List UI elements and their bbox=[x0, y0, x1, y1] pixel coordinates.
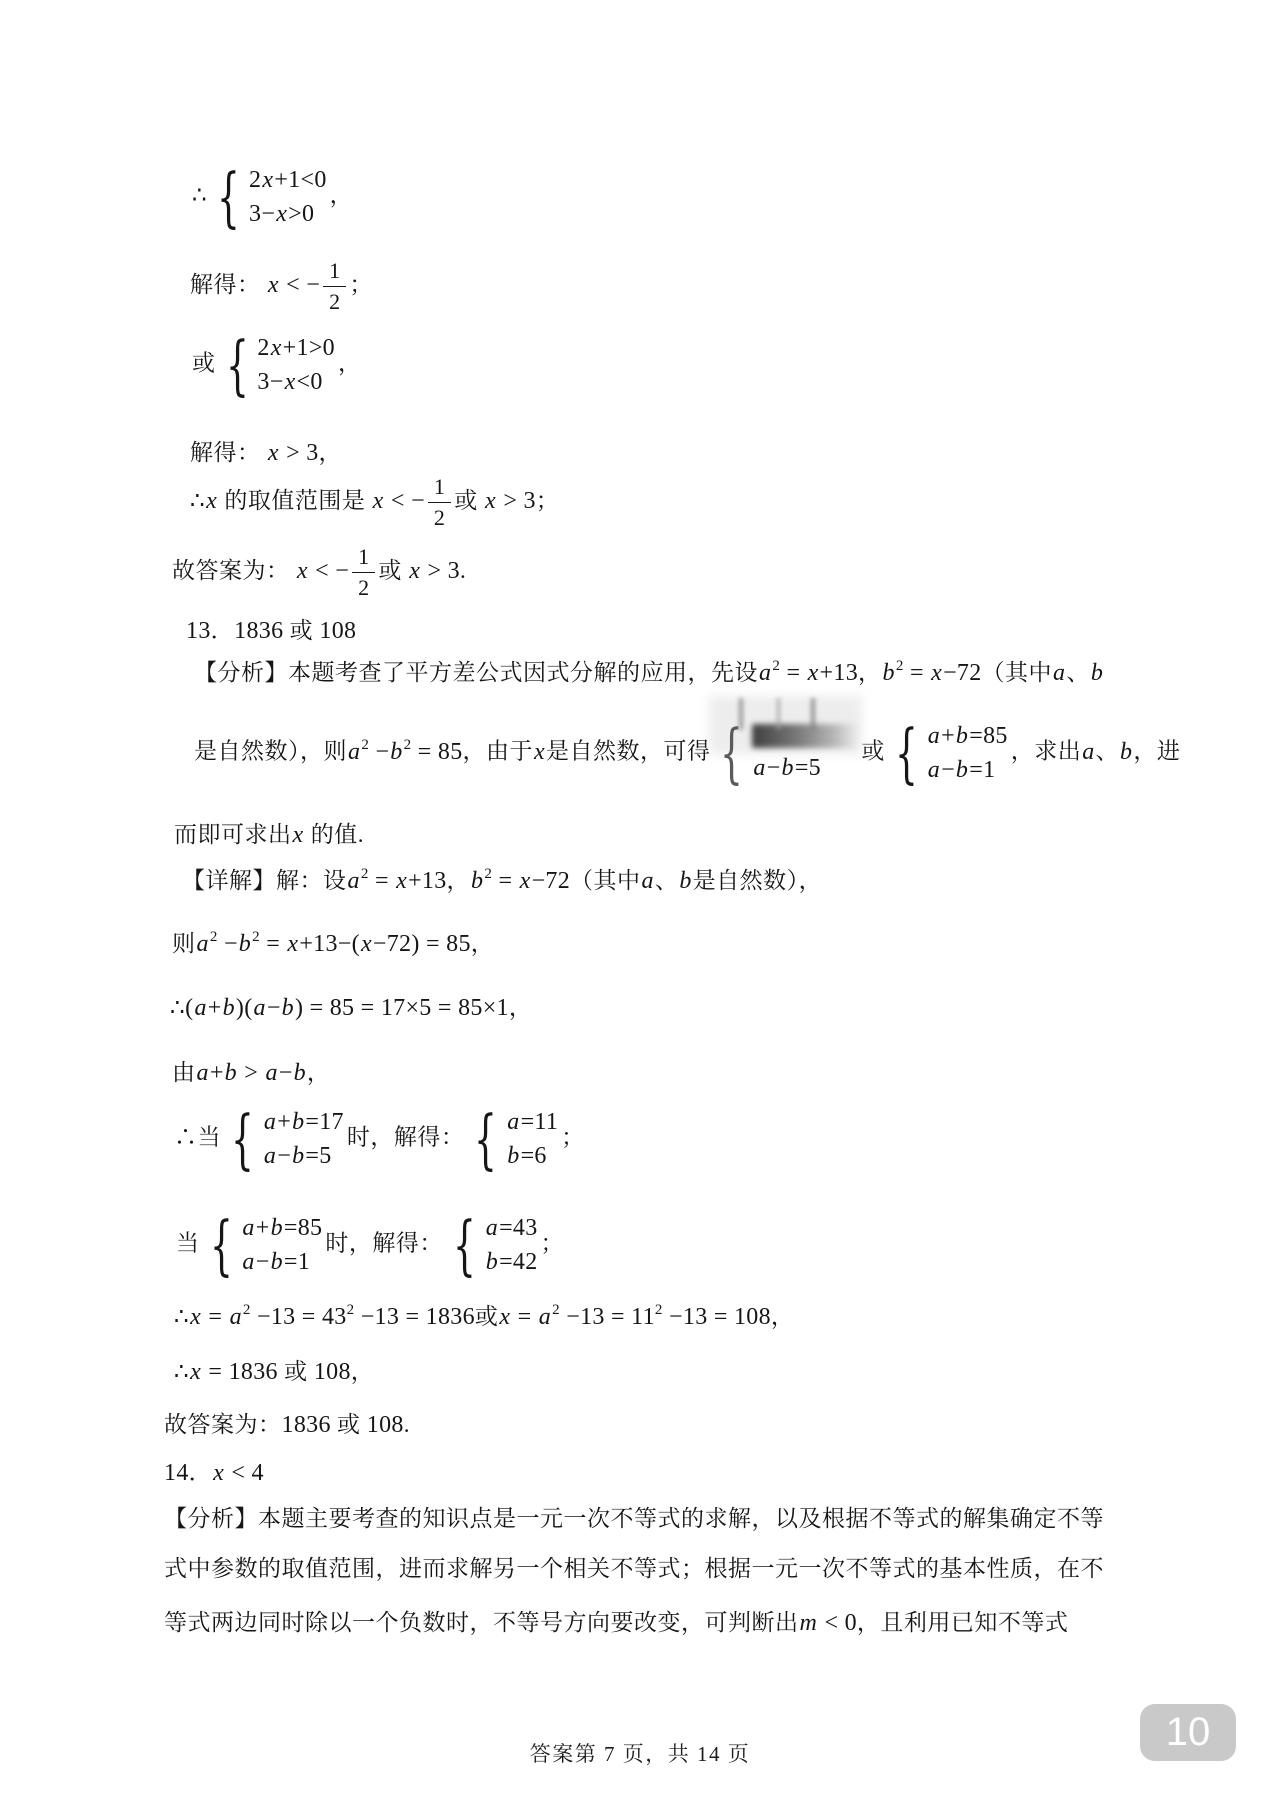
cases-brace-icon: { bbox=[217, 165, 240, 230]
math-variable: x bbox=[189, 1304, 202, 1330]
text-run: ，进 bbox=[1133, 739, 1180, 764]
math-variable: a bbox=[538, 1304, 552, 1330]
superscript: 2 bbox=[655, 1302, 663, 1318]
math-variable: x bbox=[360, 931, 373, 957]
math-variable: a bbox=[752, 755, 766, 781]
math-variable: x bbox=[372, 488, 385, 514]
line-q13-analysis-1: 【分析】本题考查了平方差公式因式分解的应用，先设a2 = x+13，b2 = x… bbox=[194, 658, 1104, 691]
math-variable: a bbox=[347, 739, 361, 765]
math-variable: b bbox=[270, 1249, 284, 1275]
text-run: 式中参数的取值范围，进而求解另一个相关不等式；根据一元一次不等式的基本性质，在不 bbox=[164, 1556, 1104, 1581]
text-run: 时，解得： bbox=[325, 1231, 443, 1256]
line-q13-detail-2: 则a2 −b2 = x+13−(x−72) = 85， bbox=[172, 929, 494, 962]
equation-row: 3−x<0 bbox=[257, 368, 335, 396]
text-run: 或 bbox=[192, 351, 216, 376]
math-variable: x bbox=[275, 201, 288, 227]
math-run: x > 3 bbox=[261, 440, 319, 466]
line-range-conclusion: ∴x 的取值范围是 x < −12或 x > 3； bbox=[190, 478, 559, 531]
math-variable: x bbox=[484, 488, 497, 514]
cases-rows: a=11b=6 bbox=[506, 1108, 558, 1170]
text-run: 、 bbox=[1066, 660, 1090, 685]
math-run: x < 4 bbox=[212, 1460, 264, 1486]
fraction-denominator: 2 bbox=[323, 286, 346, 313]
math-variable: m bbox=[799, 1610, 819, 1636]
text-run: ∴ bbox=[174, 1359, 189, 1384]
cases-brace-icon: { bbox=[226, 333, 249, 398]
line-q13-final-answer: 故答案为：1836 或 108. bbox=[164, 1410, 410, 1443]
math-run: m < 0 bbox=[799, 1610, 857, 1636]
fraction-numerator: 1 bbox=[428, 476, 451, 502]
text-run: ，且利用已知不等式 bbox=[857, 1610, 1069, 1635]
text-run: . bbox=[404, 1412, 410, 1437]
text-run: ∴ bbox=[192, 183, 207, 208]
fraction: 12 bbox=[323, 260, 346, 313]
cases-rows: 2x+1<03−x>0 bbox=[249, 166, 327, 228]
math-variable: b bbox=[955, 723, 969, 749]
math-run: 13 bbox=[186, 618, 211, 644]
math-variable: b bbox=[293, 1060, 307, 1086]
math-run: x > 3 bbox=[478, 488, 536, 514]
math-variable: b bbox=[238, 931, 252, 957]
math-run: x = 1836 bbox=[189, 1359, 278, 1385]
line-solve-1: 解得： x < −12； bbox=[190, 262, 373, 315]
text-run: 当 bbox=[176, 1231, 200, 1256]
math-variable: b bbox=[678, 868, 692, 894]
math-variable: x bbox=[408, 558, 421, 584]
math-variable: b bbox=[291, 1109, 305, 1135]
text-run: 的值. bbox=[304, 822, 364, 847]
fraction: 12 bbox=[352, 546, 375, 599]
math-run: 1836 bbox=[234, 618, 283, 644]
math-variable: a bbox=[485, 1215, 499, 1241]
math-variable: b bbox=[270, 1215, 284, 1241]
text-run: ； bbox=[541, 1231, 565, 1256]
cases-rows: a+b=17a−b=5 bbox=[263, 1108, 344, 1170]
math-variable: a bbox=[241, 1215, 255, 1241]
math-variable: a bbox=[1052, 660, 1066, 686]
line-q13-analysis-2: 是自然数），则a2 −b2 = 85，由于x是自然数，可得{a−b=5或{a+b… bbox=[194, 724, 1180, 786]
cases-rows: 2x+1>03−x<0 bbox=[257, 334, 335, 396]
superscript: 2 bbox=[772, 658, 780, 674]
line-q13-detail-1: 【详解】解：设a2 = x+13，b2 = x−72（其中a、b是自然数）， bbox=[182, 866, 822, 899]
math-variable: b bbox=[291, 1143, 305, 1169]
equation-row: 2x+1<0 bbox=[249, 166, 327, 194]
text-run: . bbox=[460, 558, 466, 583]
text-run: 解得： bbox=[190, 272, 261, 297]
text-run: ， bbox=[351, 1359, 375, 1384]
math-variable: b bbox=[1090, 660, 1104, 686]
text-run: 是自然数）， bbox=[693, 868, 823, 893]
math-variable: x bbox=[286, 931, 299, 957]
document-page: 答案第 7 页，共 14 页 10 ∴{2x+1<03−x>0，解得： x < … bbox=[0, 0, 1280, 1810]
cases-brace-icon: { bbox=[210, 1213, 233, 1278]
math-variable: x bbox=[284, 369, 297, 395]
text-run: 故答案为： bbox=[172, 558, 290, 583]
math-variable: a bbox=[347, 868, 361, 894]
math-variable: a bbox=[641, 868, 655, 894]
line-q14-analysis-3: 等式两边同时除以一个负数时，不等号方向要改变，可判断出m < 0，且利用已知不等… bbox=[164, 1608, 1068, 1641]
text-run: ， bbox=[319, 440, 343, 465]
fraction-numerator: 1 bbox=[323, 260, 346, 286]
math-variable: a bbox=[229, 1304, 243, 1330]
math-run: 14 bbox=[164, 1460, 189, 1486]
math-variable: b bbox=[222, 995, 236, 1021]
line-q14-answer: 14．x < 4 bbox=[164, 1458, 264, 1491]
equation-system: {a+b=85a−b=1 bbox=[888, 722, 1008, 784]
equation-row: a−b=5 bbox=[263, 1142, 344, 1170]
equation-system: {a=43b=42 bbox=[446, 1214, 538, 1276]
math-variable: a bbox=[241, 1249, 255, 1275]
math-run: a bbox=[641, 868, 655, 894]
text-run: ； bbox=[561, 1125, 585, 1150]
cases-brace-icon: { bbox=[474, 1107, 497, 1172]
math-variable: x bbox=[270, 335, 283, 361]
math-run: b bbox=[678, 868, 692, 894]
equation-row: a=11 bbox=[506, 1108, 558, 1136]
text-run: 或 bbox=[475, 1304, 499, 1329]
fraction: 12 bbox=[428, 476, 451, 529]
text-run: 或 bbox=[331, 1412, 367, 1437]
text-run: 等式两边同时除以一个负数时，不等号方向要改变，可判断出 bbox=[164, 1610, 799, 1635]
superscript: 2 bbox=[252, 929, 260, 945]
superscript: 2 bbox=[243, 1302, 251, 1318]
line-q13-answer: 13．1836 或 108 bbox=[186, 616, 356, 649]
math-variable: x bbox=[296, 558, 309, 584]
line-q13-case-1: ∴当{a+b=17a−b=5时，解得：{a=11b=6； bbox=[174, 1110, 585, 1172]
math-variable: b bbox=[1119, 739, 1133, 765]
text-run: 由 bbox=[172, 1060, 196, 1085]
math-variable: b bbox=[224, 1060, 238, 1086]
line-q13-detail-4: 由a+b > a−b， bbox=[172, 1058, 330, 1091]
math-run: b bbox=[1090, 660, 1104, 686]
math-variable: a bbox=[196, 1060, 210, 1086]
cases-rows: a−b=5 bbox=[752, 724, 858, 782]
equation-system: {a=11b=6 bbox=[467, 1108, 558, 1170]
line-therefore-system-1: ∴{2x+1<03−x>0， bbox=[192, 168, 353, 230]
fraction-numerator: 1 bbox=[352, 546, 375, 572]
superscript: 2 bbox=[210, 929, 218, 945]
text-run: 或 bbox=[278, 1359, 314, 1384]
math-variable: x bbox=[267, 272, 280, 298]
math-run: x < − bbox=[290, 558, 350, 584]
text-run: ； bbox=[349, 272, 373, 297]
text-run: 或 bbox=[378, 558, 402, 583]
math-variable: a bbox=[263, 1143, 277, 1169]
math-variable: b bbox=[506, 1143, 520, 1169]
text-run: ∴ bbox=[174, 1304, 189, 1329]
text-run: （其中 bbox=[570, 868, 641, 893]
text-run: ， bbox=[771, 1304, 795, 1329]
text-run: 【分析】本题主要考查的知识点是一元一次不等式的求解，以及根据不等式的解集确定不等 bbox=[164, 1506, 1104, 1531]
math-run: a2 −b2 = x+13−(x−72) = 85 bbox=[196, 931, 471, 957]
equation-row: a+b=85 bbox=[241, 1214, 322, 1242]
text-run: 【详解】解：设 bbox=[182, 868, 347, 893]
math-run: 1836 bbox=[282, 1412, 331, 1438]
math-run: x > 3 bbox=[402, 558, 460, 584]
text-run: 、 bbox=[1096, 739, 1120, 764]
math-variable: x bbox=[807, 660, 820, 686]
math-run: a2 = x+13 bbox=[758, 660, 858, 686]
equation-row: b=42 bbox=[485, 1248, 538, 1276]
text-run: ， bbox=[858, 660, 882, 685]
math-variable: b bbox=[882, 660, 896, 686]
math-variable: x bbox=[292, 822, 305, 848]
text-run: ，由于 bbox=[463, 739, 534, 764]
math-variable: b bbox=[781, 755, 795, 781]
text-run: 是自然数，可得 bbox=[546, 739, 711, 764]
line-q13-analysis-3: 而即可求出x 的值. bbox=[174, 820, 364, 853]
text-run: 、 bbox=[655, 868, 679, 893]
math-run: a2 −b2 = 85 bbox=[347, 739, 463, 765]
text-run: 或 bbox=[283, 618, 319, 643]
text-run: 解得： bbox=[190, 440, 261, 465]
superscript: 2 bbox=[347, 1302, 355, 1318]
text-run: 或 bbox=[454, 488, 478, 513]
text-run: 故答案为： bbox=[164, 1412, 282, 1437]
superscript: 2 bbox=[404, 737, 412, 753]
cases-brace-icon: { bbox=[453, 1213, 476, 1278]
text-run: 是自然数），则 bbox=[194, 739, 347, 764]
equation-row: 2x+1>0 bbox=[257, 334, 335, 362]
math-run: (a+b)(a−b) = 85 = 17×5 = 85×1 bbox=[185, 995, 509, 1021]
cases-rows: a+b=85a−b=1 bbox=[927, 722, 1008, 784]
page-number-badge: 10 bbox=[1140, 1704, 1236, 1761]
cases-brace-icon: { bbox=[895, 721, 918, 786]
math-run: a bbox=[1081, 739, 1095, 765]
math-variable: a bbox=[927, 723, 941, 749]
text-run: ∴ bbox=[190, 488, 205, 513]
math-variable: x bbox=[205, 488, 218, 514]
text-run: ，求出 bbox=[1011, 739, 1082, 764]
math-variable: x bbox=[261, 167, 274, 193]
math-variable: a bbox=[193, 995, 207, 1021]
line-q13-detail-3: ∴(a+b)(a−b) = 85 = 17×5 = 85×1， bbox=[170, 993, 532, 1026]
equation-system: {2x+1>03−x<0 bbox=[219, 334, 335, 396]
text-run: 或 bbox=[861, 739, 885, 764]
math-run: x = a2 −13 = 432 −13 = 1836 bbox=[189, 1304, 475, 1330]
equation-system: {a+b=85a−b=1 bbox=[203, 1214, 323, 1276]
text-run: ∴ bbox=[170, 995, 185, 1020]
math-run: x bbox=[205, 488, 218, 514]
math-variable: x bbox=[212, 1460, 225, 1486]
text-run: ∴当 bbox=[174, 1125, 221, 1150]
math-run: 108 bbox=[314, 1359, 351, 1385]
line-answer-12: 故答案为： x < −12或 x > 3. bbox=[172, 548, 466, 601]
math-run: a+b > a−b bbox=[196, 1060, 307, 1086]
equation-row: a+b=85 bbox=[927, 722, 1008, 750]
fraction-denominator: 2 bbox=[428, 502, 451, 529]
math-variable: a bbox=[927, 757, 941, 783]
equation-system-blurred: {a−b=5 bbox=[713, 724, 858, 782]
cases-brace-icon: { bbox=[231, 1107, 254, 1172]
math-run: x < − bbox=[365, 488, 425, 514]
math-variable: a bbox=[506, 1109, 520, 1135]
math-run: b2 = x−72 bbox=[470, 868, 570, 894]
equation-row: a+b=17 bbox=[263, 1108, 344, 1136]
math-run: x bbox=[292, 822, 305, 848]
equation-row: b=6 bbox=[506, 1142, 558, 1170]
math-run: x < − bbox=[261, 272, 321, 298]
line-or-system-2: 或{2x+1>03−x<0， bbox=[192, 336, 361, 398]
math-variable: b bbox=[470, 868, 484, 894]
equation-row: a−b=1 bbox=[241, 1248, 322, 1276]
cases-brace-icon: { bbox=[720, 721, 743, 786]
text-run: ， bbox=[447, 868, 471, 893]
math-variable: x bbox=[519, 868, 532, 894]
math-variable: x bbox=[189, 1359, 202, 1385]
line-solve-2: 解得： x > 3， bbox=[190, 438, 342, 471]
math-variable: x bbox=[930, 660, 943, 686]
math-variable: a bbox=[263, 1109, 277, 1135]
text-run: （其中 bbox=[982, 660, 1053, 685]
superscript: 2 bbox=[361, 866, 369, 882]
math-run: x = a2 −13 = 112 −13 = 108 bbox=[498, 1304, 771, 1330]
math-run: b bbox=[1119, 739, 1133, 765]
line-q13-result-short: ∴x = 1836 或 108， bbox=[174, 1357, 374, 1390]
fraction-denominator: 2 bbox=[352, 572, 375, 599]
equation-row: a−b=5 bbox=[752, 754, 858, 782]
superscript: 2 bbox=[484, 866, 492, 882]
math-run: 108 bbox=[367, 1412, 404, 1438]
text-run: 而即可求出 bbox=[174, 822, 292, 847]
line-q13-result: ∴x = a2 −13 = 432 −13 = 1836或x = a2 −13 … bbox=[174, 1302, 794, 1335]
blur-smudge-artifact bbox=[752, 724, 858, 748]
cases-rows: a=43b=42 bbox=[485, 1214, 538, 1276]
math-variable: b bbox=[389, 739, 403, 765]
math-variable: a bbox=[1081, 739, 1095, 765]
math-variable: a bbox=[758, 660, 772, 686]
math-variable: b bbox=[281, 995, 295, 1021]
line-q14-analysis-2: 式中参数的取值范围，进而求解另一个相关不等式；根据一元一次不等式的基本性质，在不 bbox=[164, 1554, 1104, 1587]
superscript: 2 bbox=[552, 1302, 560, 1318]
math-run: 108 bbox=[319, 618, 356, 644]
math-variable: a bbox=[264, 1060, 278, 1086]
text-run: ． bbox=[211, 618, 235, 643]
text-run: ． bbox=[189, 1460, 213, 1485]
text-run: ， bbox=[307, 1060, 331, 1085]
text-run: ， bbox=[509, 995, 533, 1020]
equation-system: {2x+1<03−x>0 bbox=[210, 166, 326, 228]
text-run: 则 bbox=[172, 931, 196, 956]
equation-system: {a+b=17a−b=5 bbox=[224, 1108, 344, 1170]
math-run: a2 = x+13 bbox=[347, 868, 447, 894]
math-variable: a bbox=[196, 931, 210, 957]
math-variable: x bbox=[498, 1304, 511, 1330]
superscript: 2 bbox=[361, 737, 369, 753]
text-run: ， bbox=[471, 931, 495, 956]
math-variable: x bbox=[395, 868, 408, 894]
math-run: b2 = x−72 bbox=[882, 660, 982, 686]
equation-row: a−b=1 bbox=[927, 756, 1008, 784]
math-variable: b bbox=[485, 1249, 499, 1275]
superscript: 2 bbox=[896, 658, 904, 674]
line-q13-case-2: 当{a+b=85a−b=1时，解得：{a=43b=42； bbox=[176, 1216, 564, 1278]
page-footer-label: 答案第 7 页，共 14 页 bbox=[0, 1738, 1280, 1768]
line-q14-analysis-1: 【分析】本题主要考查的知识点是一元一次不等式的求解，以及根据不等式的解集确定不等 bbox=[164, 1504, 1104, 1537]
text-run: ， bbox=[338, 351, 362, 376]
math-run: x bbox=[533, 739, 546, 765]
text-run: ； bbox=[536, 488, 560, 513]
text-run: ， bbox=[330, 183, 354, 208]
math-run: a bbox=[1052, 660, 1066, 686]
text-run: 【分析】本题考查了平方差公式因式分解的应用，先设 bbox=[194, 660, 758, 685]
equation-row: a=43 bbox=[485, 1214, 538, 1242]
math-variable: a bbox=[253, 995, 267, 1021]
math-variable: x bbox=[267, 440, 280, 466]
text-run: 时，解得： bbox=[347, 1125, 465, 1150]
math-variable: x bbox=[533, 739, 546, 765]
text-run: 的取值范围是 bbox=[218, 488, 365, 513]
equation-row: 3−x>0 bbox=[249, 200, 327, 228]
cases-rows: a+b=85a−b=1 bbox=[241, 1214, 322, 1276]
math-variable: b bbox=[955, 757, 969, 783]
